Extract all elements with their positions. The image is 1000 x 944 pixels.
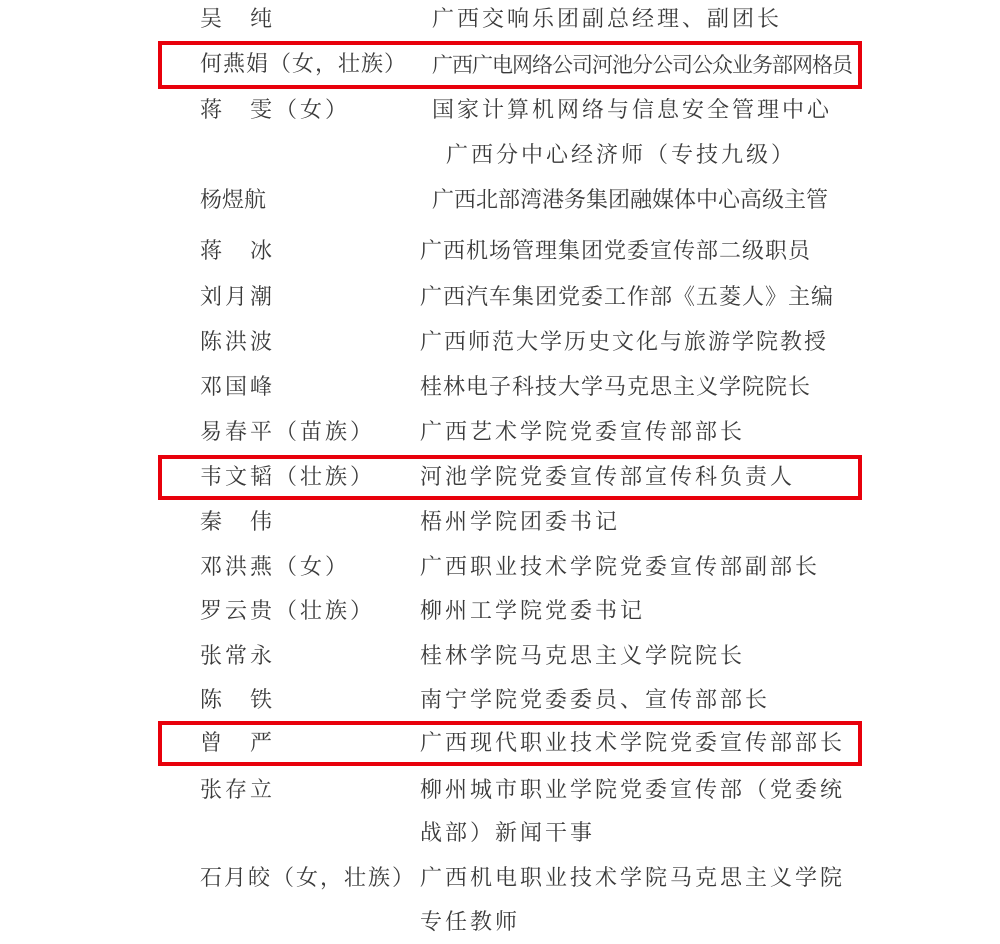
entry-unit: 柳州工学院党委书记 xyxy=(420,598,645,626)
entry-name: 何燕娟（女，壮族） xyxy=(200,51,407,79)
entry-unit: 桂林电子科技大学马克思主义学院院长 xyxy=(420,374,811,402)
entry-unit: 广西艺术学院党委宣传部部长 xyxy=(420,419,745,447)
name-list-document: 吴 纯 广西交响乐团副总经理、副团长 何燕娟（女，壮族） 广西广电网络公司河池分… xyxy=(0,0,1000,944)
entry-unit: 广西交响乐团副总经理、副团长 xyxy=(432,6,782,34)
entry-unit-continued: 广西分中心经济师（专技九级） xyxy=(446,142,796,170)
entry-name: 易春平（苗族） xyxy=(200,419,375,447)
entry-name: 邓国峰 xyxy=(200,374,275,402)
entry-name: 蒋 冰 xyxy=(200,238,275,266)
entry-name: 曾 严 xyxy=(200,730,275,758)
entry-name: 陈洪波 xyxy=(200,329,275,357)
entry-name: 吴 纯 xyxy=(200,6,275,34)
entry-unit: 广西汽车集团党委工作部《五菱人》主编 xyxy=(420,284,834,312)
entry-unit: 桂林学院马克思主义学院院长 xyxy=(420,643,745,671)
entry-unit: 梧州学院团委书记 xyxy=(420,509,620,537)
entry-name: 杨煜航 xyxy=(200,187,266,215)
entry-name: 刘月潮 xyxy=(200,284,275,312)
entry-unit: 广西广电网络公司河池分公司公众业务部网格员 xyxy=(432,51,852,79)
entry-unit: 广西机电职业技术学院马克思主义学院 xyxy=(420,865,845,893)
entry-name: 张常永 xyxy=(200,643,275,671)
entry-unit-continued: 专任教师 xyxy=(420,909,520,937)
entry-unit: 河池学院党委宣传部宣传科负责人 xyxy=(420,464,795,492)
entry-name: 张存立 xyxy=(200,777,275,805)
entry-name: 秦 伟 xyxy=(200,509,275,537)
entry-unit-continued: 战部）新闻干事 xyxy=(420,820,595,848)
entry-name: 韦文韬（壮族） xyxy=(200,464,375,492)
entry-name: 石月皎（女，壮族） xyxy=(200,865,416,893)
entry-name: 邓洪燕（女） xyxy=(200,554,350,582)
entry-unit: 广西师范大学历史文化与旅游学院教授 xyxy=(420,329,828,357)
entry-unit: 广西职业技术学院党委宣传部副部长 xyxy=(420,554,820,582)
entry-name: 蒋 雯（女） xyxy=(200,97,350,125)
entry-unit: 广西北部湾港务集团融媒体中心高级主管 xyxy=(432,187,828,215)
entry-unit: 广西机场管理集团党委宣传部二级职员 xyxy=(420,238,811,266)
entry-unit: 广西现代职业技术学院党委宣传部部长 xyxy=(420,730,845,758)
entry-unit: 南宁学院党委委员、宣传部部长 xyxy=(420,687,770,715)
entry-unit: 柳州城市职业学院党委宣传部（党委统 xyxy=(420,777,845,805)
entry-name: 陈 铁 xyxy=(200,687,275,715)
entry-unit: 国家计算机网络与信息安全管理中心 xyxy=(432,97,832,125)
entry-name: 罗云贵（壮族） xyxy=(200,598,375,626)
